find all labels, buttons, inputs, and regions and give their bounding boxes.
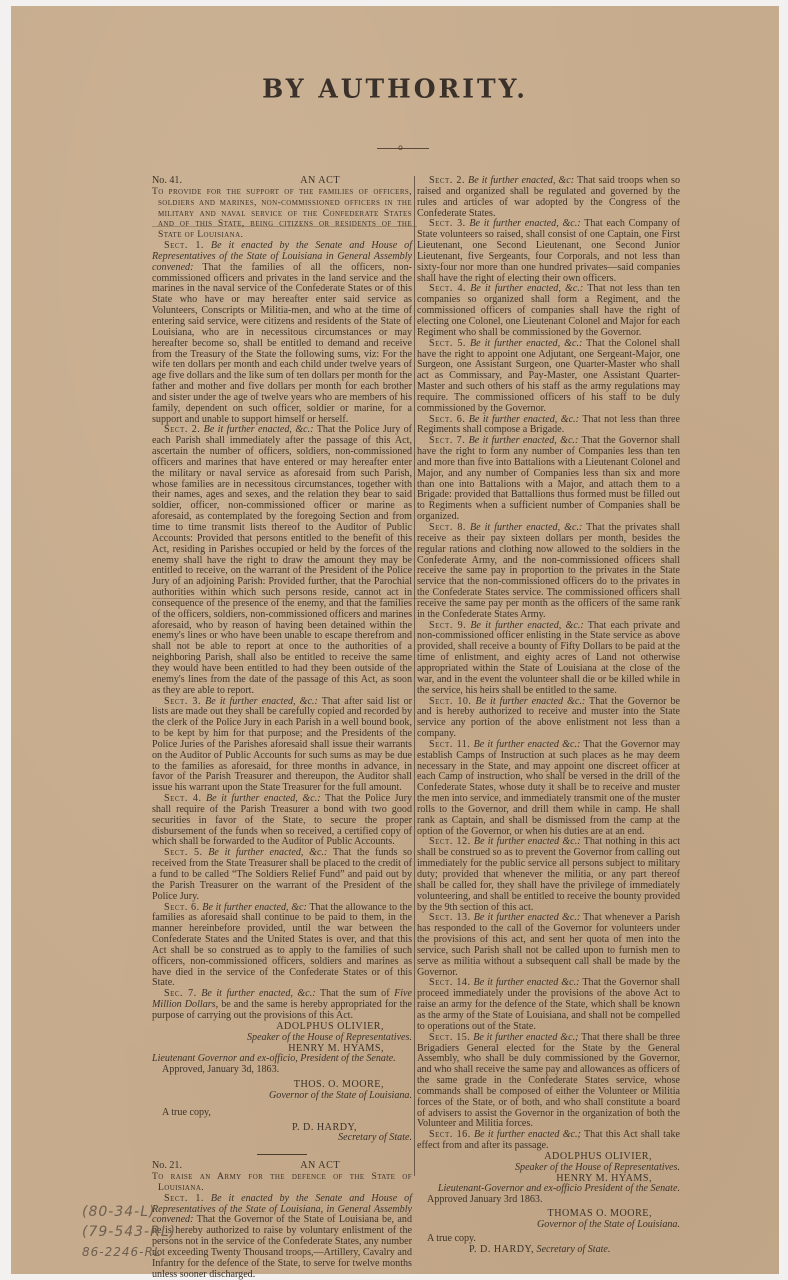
act-41-true-copy: A true copy, bbox=[152, 1108, 412, 1119]
act-41-section-3: Sect. 3. Be it further enacted, &c.: Tha… bbox=[152, 697, 412, 795]
act-21-section-16: Sect. 16. Be it further enacted &c.; Tha… bbox=[417, 1130, 680, 1152]
act-21-section-1: Sect. 1. Be it enacted by the Senate and… bbox=[152, 1194, 412, 1280]
act-41-secretary-role: Secretary of State. bbox=[152, 1133, 412, 1144]
act-41-section-6: Sect. 6. Be it further enacted, &c: That… bbox=[152, 903, 412, 990]
act-21-section-15: Sect. 15. Be it further enacted &c.; Tha… bbox=[417, 1033, 680, 1131]
act-41-section-5: Sect. 5. Be it further enacted, &c.: Tha… bbox=[152, 848, 412, 902]
act-41-description: To provide for the support of the famili… bbox=[152, 187, 412, 241]
handwritten-catalog-notes: (80-34-L) (79-543-RL) 86-2246-RL bbox=[82, 1202, 176, 1262]
paper-fold-line bbox=[152, 226, 417, 227]
act-41-section-2: Sect. 2. Be it further enacted, &c.: Tha… bbox=[152, 425, 412, 696]
act-41-section-4: Sect. 4. Be it further enacted, &c.: Tha… bbox=[152, 794, 412, 848]
act-21-section-12: Sect. 12. Be it further enacted &c.: Tha… bbox=[417, 837, 680, 913]
act-21-section-10: Sect. 10. Be it further enacted &c.: Tha… bbox=[417, 697, 680, 740]
act-21-section-4: Sect. 4. Be it further enacted, &c.: Tha… bbox=[417, 284, 680, 338]
right-column: Sect. 2. Be it further enacted, &c: That… bbox=[417, 176, 680, 1256]
catalog-note: (80-34-L) bbox=[82, 1202, 176, 1222]
heading-ornament: o bbox=[398, 143, 403, 152]
act-21-section-13: Sect. 13. Be it further enacted &c.: Tha… bbox=[417, 913, 680, 978]
act-separator-rule bbox=[257, 1154, 307, 1155]
act-21-section-2: Sect. 2. Be it further enacted, &c: That… bbox=[417, 176, 680, 219]
act-21-approved-date: Approved January 3rd 1863. bbox=[417, 1195, 680, 1206]
act-21-description: To raise an Army for the defence of the … bbox=[152, 1172, 412, 1194]
act-41-governor-role: Governor of the State of Louisiana. bbox=[152, 1091, 412, 1102]
act-21-secretary-name: P. D. HARDY, bbox=[469, 1244, 534, 1255]
act-21-section-3: Sect. 3. Be it further enacted, &c.: Tha… bbox=[417, 219, 680, 284]
act-21-section-5: Sect. 5. Be it further enacted, &c.: Tha… bbox=[417, 339, 680, 415]
catalog-note: (79-543-RL) bbox=[82, 1222, 176, 1242]
left-column: No. 41. AN ACT To provide for the suppor… bbox=[152, 176, 412, 1280]
act-21-secretary-role: Secretary of State. bbox=[537, 1244, 611, 1255]
act-41-section-7: Sec. 7. Be it further enacted, &c.: That… bbox=[152, 989, 412, 1022]
act-21-speaker-role: Speaker of the House of Representatives. bbox=[417, 1163, 680, 1174]
act-21-section-6: Sect. 6. Be it further enacted, &c.: Tha… bbox=[417, 415, 680, 437]
catalog-note: 86-2246-RL bbox=[82, 1242, 176, 1262]
paper-fold-line bbox=[152, 598, 682, 599]
act-21-section-9: Sect. 9. Be it further enacted, &c.: Tha… bbox=[417, 621, 680, 697]
act-41-approved-date: Approved, January 3d, 1863. bbox=[152, 1065, 412, 1076]
act-21-section-11: Sect. 11. Be it further enacted &c.: Tha… bbox=[417, 740, 680, 838]
act-21-section-8: Sect. 8. Be it further enacted, &c.: Tha… bbox=[417, 523, 680, 621]
act-21-governor-role: Governor of the State of Louisiana. bbox=[417, 1220, 680, 1231]
act-21-section-14: Sect. 14. Be it further enacted &c.: Tha… bbox=[417, 978, 680, 1032]
act-41-speaker-role: Speaker of the House of Representatives. bbox=[152, 1033, 412, 1044]
act-21-secretary-line: P. D. HARDY, Secretary of State. bbox=[417, 1245, 680, 1256]
document-heading: By Authority. bbox=[11, 73, 779, 103]
column-divider bbox=[414, 176, 415, 1176]
act-41-section-1: Sect. 1. Be it enacted by the Senate and… bbox=[152, 241, 412, 425]
heading-rule bbox=[377, 148, 429, 149]
act-21-section-7: Sect. 7. Be it further enacted, &c.: Tha… bbox=[417, 436, 680, 523]
